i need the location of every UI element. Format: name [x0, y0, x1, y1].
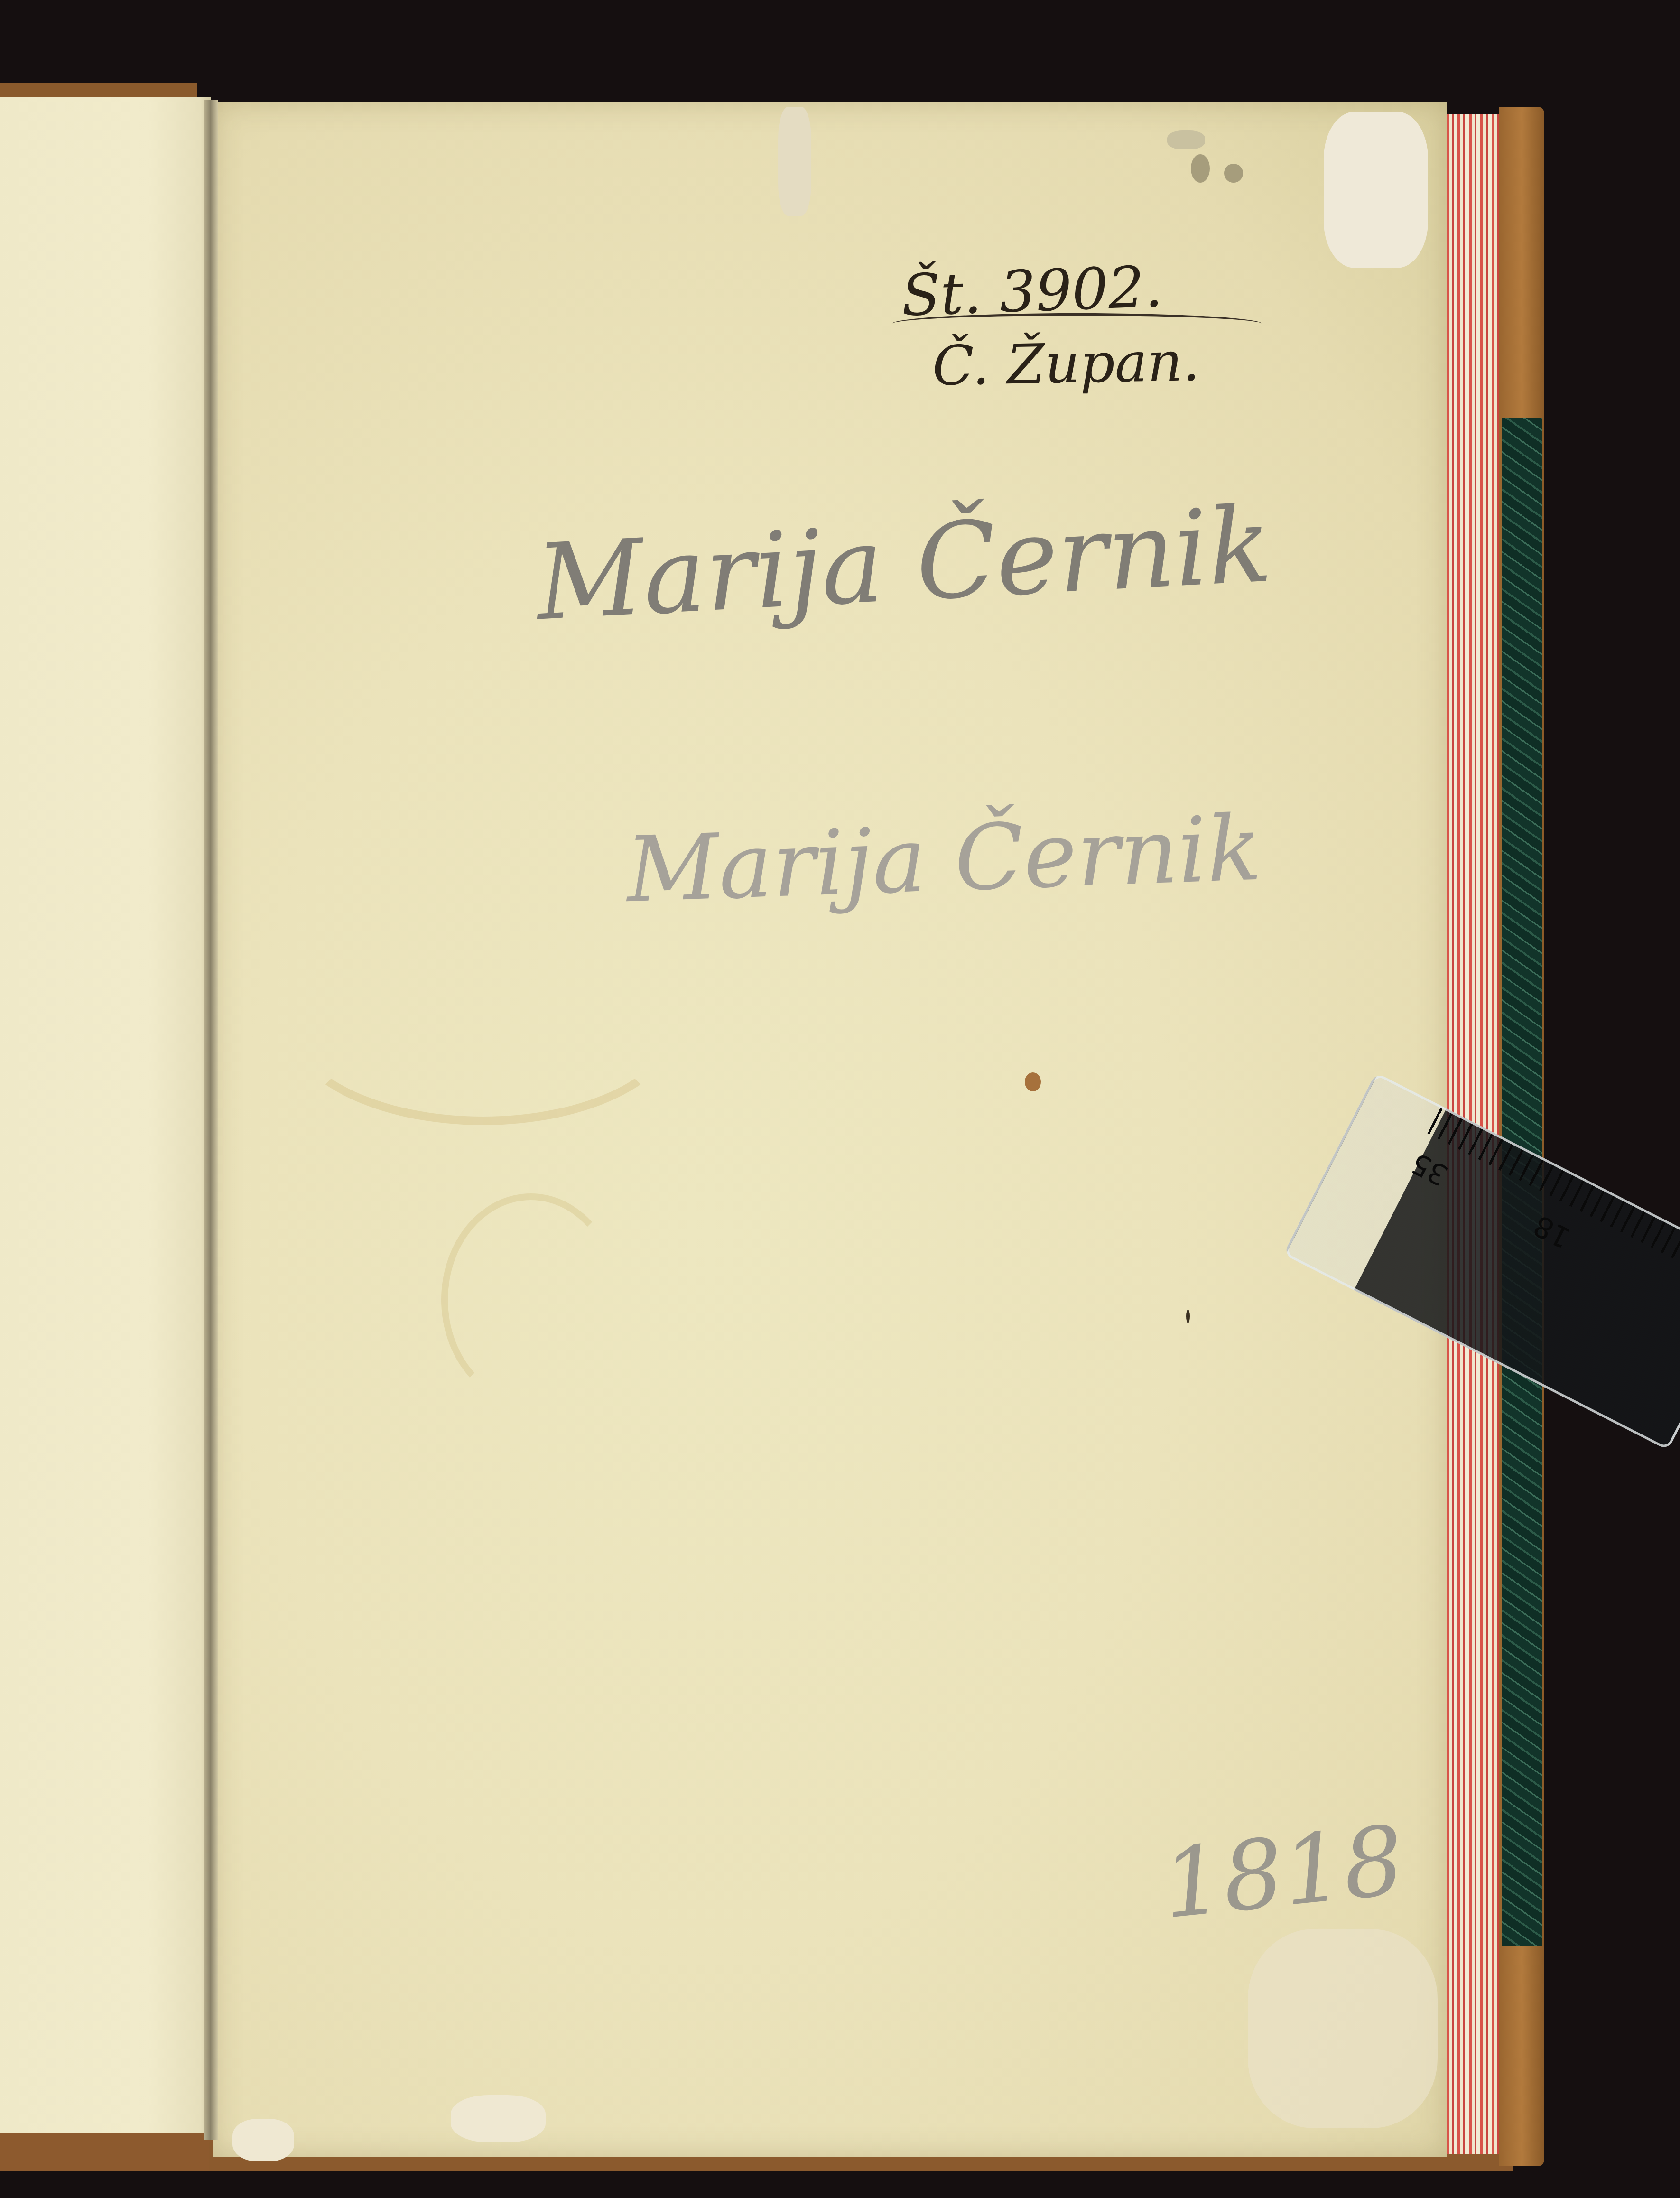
left-cover-edge-bottom: [0, 2133, 218, 2171]
shelfmark-owner: Č. Župan.: [932, 330, 1200, 398]
wormhole: [1167, 130, 1205, 149]
water-stain: [285, 918, 681, 1125]
foxing-spot: [1025, 1072, 1041, 1091]
ruler-label: 35: [1406, 1146, 1453, 1192]
foxing-spot: [1186, 1310, 1190, 1323]
wormhole: [1191, 154, 1210, 183]
paper-loss: [1248, 1929, 1438, 2128]
wormhole: [778, 107, 811, 216]
ruler-label: 18: [1529, 1209, 1576, 1255]
shelfmark-number: Št. 3902.: [900, 254, 1164, 329]
paper-loss: [1324, 112, 1428, 268]
book-gutter: [204, 100, 218, 2140]
water-stain: [441, 1193, 621, 1406]
paper-loss: [232, 2119, 294, 2161]
signature-second: Marija Černik: [625, 796, 1263, 923]
paper-loss: [451, 2095, 546, 2142]
left-page-blank: [0, 97, 211, 2142]
wormhole: [1224, 164, 1243, 183]
